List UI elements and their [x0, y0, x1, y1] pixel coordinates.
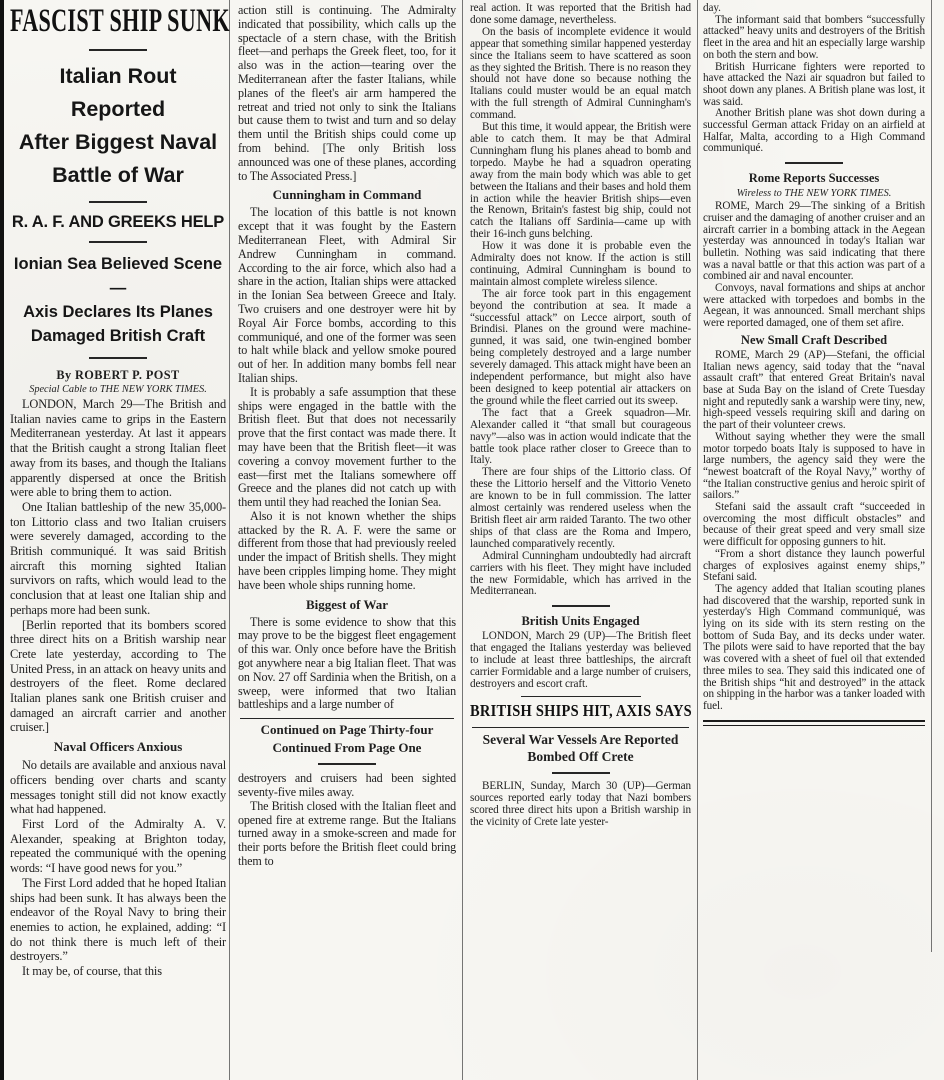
headline-line: Axis Declares Its Planes [10, 300, 226, 324]
body-paragraph: The air force took part in this engageme… [470, 289, 691, 408]
section-header: Naval Officers Anxious [10, 739, 226, 755]
body-paragraph: There is some evidence to show that this… [238, 616, 456, 713]
body-paragraph: BERLIN, Sunday, March 30 (UP)—German sou… [470, 781, 691, 829]
divider-rule [552, 605, 610, 607]
section-header: Rome Reports Successes [703, 171, 925, 186]
body-paragraph: ROME, March 29 (AP)—Stefani, the officia… [703, 350, 925, 432]
secondary-headline: Several War Vessels Are ReportedBombed O… [470, 731, 691, 765]
body-paragraph: How it was done it is probable even the … [470, 241, 691, 289]
divider-rule [89, 49, 147, 51]
column-4: day.The informant said that bombers “suc… [703, 0, 925, 726]
column-rule [229, 0, 230, 1080]
divider-rule [785, 162, 843, 164]
headline-line: After Biggest Naval [10, 126, 226, 159]
divider-rule [89, 201, 147, 203]
body-paragraph: destroyers and cruisers had been sighted… [238, 772, 456, 800]
deck-headline: Italian Rout ReportedAfter Biggest Naval… [10, 60, 226, 192]
divider-rule [552, 772, 610, 774]
body-paragraph: The location of this battle is not known… [238, 206, 456, 385]
body-paragraph: day. [703, 3, 925, 15]
body-paragraph: One Italian battleship of the new 35,000… [10, 500, 226, 618]
divider-rule [318, 763, 376, 765]
body-paragraph: LONDON, March 29—The British and Italian… [10, 397, 226, 500]
headline-line: Battle of War [10, 159, 226, 192]
column-rule [931, 0, 932, 952]
body-paragraph: Another British plane was shot down duri… [703, 108, 925, 155]
body-paragraph: LONDON, March 29 (UP)—The British fleet … [470, 631, 691, 691]
banner-headline: BRITISH SHIPS HIT, AXIS SAYS [470, 701, 691, 721]
body-paragraph: “From a short distance they launch power… [703, 549, 925, 584]
body-paragraph: On the basis of incomplete evidence it w… [470, 27, 691, 122]
headline-text: BRITISH SHIPS HIT, AXIS SAYS [470, 701, 692, 721]
body-paragraph: It may be, of course, that this [10, 964, 226, 979]
divider-rule [240, 718, 454, 719]
body-paragraph: real action. It was reported that the Br… [470, 3, 691, 27]
end-rule [703, 720, 925, 726]
column-rule [462, 0, 463, 1080]
section-header: Cunningham in Command [238, 187, 456, 203]
body-paragraph: Also it is not known whether the ships a… [238, 510, 456, 593]
body-paragraph: There are four ships of the Littorio cla… [470, 467, 691, 550]
body-paragraph: ROME, March 29—The sinking of a British … [703, 201, 925, 283]
headline-line: Ionian Sea Believed Scene— [10, 252, 226, 300]
section-header: Biggest of War [238, 597, 456, 613]
headline-line: Bombed Off Crete [470, 748, 691, 765]
wire-credit: Wireless to THE NEW YORK TIMES. [703, 188, 925, 199]
divider-rule [521, 696, 641, 697]
body-paragraph: The informant said that bombers “success… [703, 15, 925, 62]
newspaper-clipping: FASCIST SHIP SUNKItalian Rout ReportedAf… [0, 0, 944, 1080]
body-paragraph: British Hurricane fighters were reported… [703, 62, 925, 109]
column-2: action still is continuing. The Admiralt… [238, 0, 456, 869]
column-1: FASCIST SHIP SUNKItalian Rout ReportedAf… [10, 0, 226, 979]
body-paragraph: The fact that a Greek squadron—Mr. Alexa… [470, 408, 691, 468]
headline-text: FASCIST SHIP SUNK [10, 2, 230, 40]
body-paragraph: The British closed with the Italian flee… [238, 800, 456, 869]
body-paragraph: But this time, it would appear, the Brit… [470, 122, 691, 241]
wire-credit: Special Cable to THE NEW YORK TIMES. [10, 384, 226, 395]
body-paragraph: The First Lord added that he hoped Itali… [10, 876, 226, 964]
left-edge-bar [0, 0, 4, 1080]
headline-line: Damaged British Craft [10, 324, 226, 348]
byline: By ROBERT P. POST [10, 368, 226, 383]
body-paragraph: First Lord of the Admiralty A. V. Alexan… [10, 817, 226, 876]
divider-rule [89, 357, 147, 359]
divider-rule [472, 727, 689, 728]
body-paragraph: Convoys, naval formations and ships at a… [703, 283, 925, 330]
headline-line: Several War Vessels Are Reported [470, 731, 691, 748]
body-paragraph: It is probably a safe assumption that th… [238, 386, 456, 510]
body-paragraph: action still is continuing. The Admiralt… [238, 4, 456, 183]
body-paragraph: The agency added that Italian scouting p… [703, 584, 925, 713]
body-paragraph: No details are available and anxious nav… [10, 758, 226, 817]
main-headline: FASCIST SHIP SUNK [10, 2, 226, 40]
body-paragraph: [Berlin reported that its bombers scored… [10, 618, 226, 736]
section-header: British Units Engaged [470, 614, 691, 629]
column-3: real action. It was reported that the Br… [470, 0, 691, 828]
headline-line: Italian Rout Reported [10, 60, 226, 126]
body-paragraph: Without saying whether they were the sma… [703, 432, 925, 502]
body-paragraph: Stefani said the assault craft “succeede… [703, 502, 925, 549]
sub-deck-headline: Ionian Sea Believed Scene—Axis Declares … [10, 252, 226, 348]
continuation-notice: Continued on Page Thirty-four [238, 722, 456, 738]
divider-rule [89, 241, 147, 243]
continuation-notice: Continued From Page One [238, 740, 456, 756]
body-paragraph: Admiral Cunningham undoubtedly had aircr… [470, 551, 691, 599]
kicker-headline: R. A. F. AND GREEKS HELP [10, 212, 226, 232]
section-header: New Small Craft Described [703, 333, 925, 348]
column-rule [697, 0, 698, 1080]
